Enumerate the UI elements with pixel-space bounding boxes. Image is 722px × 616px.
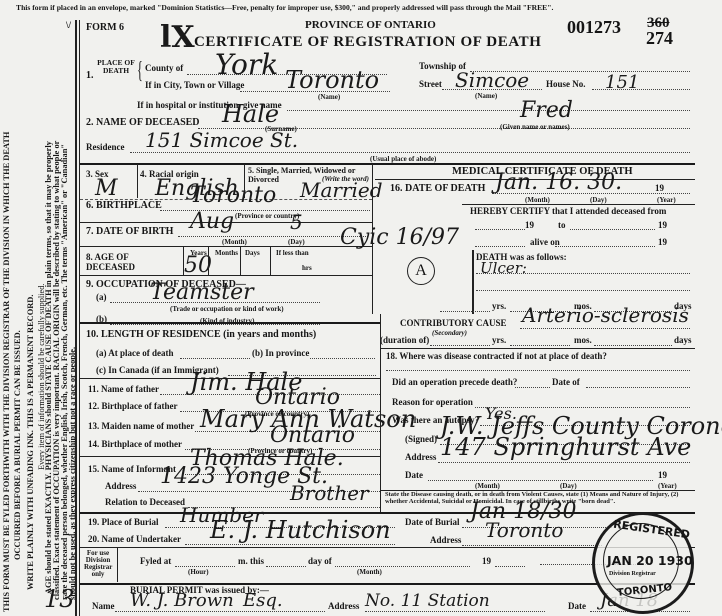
fyled-year-line <box>495 566 525 567</box>
undertaker-address-line <box>462 545 602 546</box>
alive-year-prefix: 19 <box>658 237 667 247</box>
dob-day-value[interactable]: 5 <box>290 210 303 234</box>
birthplace-value[interactable]: Toronto <box>190 183 276 208</box>
left-border <box>75 20 77 616</box>
operation-date-line <box>586 387 690 388</box>
mos2-label: mos. <box>574 335 592 345</box>
operation-label: Did an operation precede death? <box>392 377 517 387</box>
medical-divider <box>380 314 381 512</box>
permit-name-line <box>115 611 325 612</box>
undertaker-line <box>185 544 395 545</box>
stamp-date: JAN 20 1930 <box>607 553 693 568</box>
duration2-days-line <box>594 345 672 346</box>
birthplace-label: 6. BIRTHPLACE <box>86 200 162 211</box>
cell-divider <box>117 548 118 582</box>
dob-day-caption: (Day) <box>288 238 305 246</box>
day-of-label: day of <box>308 556 332 566</box>
occupation-value[interactable]: Teamster <box>150 280 254 305</box>
registration-number: 001273 <box>567 17 621 38</box>
occupation-a-caption: (Trade or occupation or kind of work) <box>170 305 284 313</box>
hour-caption: (Hour) <box>188 568 209 576</box>
side-instruction-line: OCCURRED BEFORE A BURIAL PERMIT CAN BE I… <box>13 330 23 560</box>
cause-line-2 <box>476 290 690 291</box>
permit-address-label: Address <box>328 601 359 611</box>
cause-bracket <box>472 250 474 314</box>
province-length-line <box>310 358 375 359</box>
physician-date-year: 19 <box>658 470 667 480</box>
permit-address-value[interactable]: No. 11 Station <box>365 591 490 611</box>
q18-line <box>386 370 690 371</box>
date-of-death-value[interactable]: Jan. 16. 30. <box>495 170 622 195</box>
county-label: County of <box>145 63 183 73</box>
undertaker-value[interactable]: E. J. Hutchison <box>210 516 391 544</box>
house-value[interactable]: 151 <box>605 72 639 93</box>
operation-line <box>515 387 550 388</box>
undertaker-address-label: Address <box>430 535 461 545</box>
physician-address-label: Address <box>405 452 436 462</box>
place-of-death-length-label: (a) At place of death <box>96 348 174 358</box>
undertaker-address-value[interactable]: Toronto <box>485 518 563 542</box>
dod-month-caption: (Month) <box>525 196 550 204</box>
fyled-hour-line <box>175 566 235 567</box>
age-label: 8. AGE OF DECEASED <box>86 252 166 272</box>
street-caption: (Name) <box>475 92 497 100</box>
dob-month-caption: (Month) <box>222 238 247 246</box>
row-divider <box>380 348 695 349</box>
fyled-year-prefix: 19 <box>482 556 491 566</box>
mother-birthplace-value[interactable]: Ontario <box>270 423 355 448</box>
physician-date-line <box>428 480 653 481</box>
county-value[interactable]: York <box>215 48 278 81</box>
permit-name-value[interactable]: W. J. Brown <box>130 590 234 611</box>
mail-notice: This form if placed in an envelope, mark… <box>16 3 553 12</box>
physician-address-value[interactable]: 147 Springhurst Ave <box>440 433 691 461</box>
days2-label: days <box>674 335 692 345</box>
duration-yrs-line <box>440 311 490 312</box>
residence-line <box>130 152 690 153</box>
place-of-death-label: PLACE OF DEATH <box>96 59 136 75</box>
month-caption: (Month) <box>357 568 382 576</box>
permit-name-label: Name <box>92 601 115 611</box>
yrs2-label: yrs. <box>492 335 506 345</box>
dob-label: 7. DATE OF BIRTH <box>86 226 173 237</box>
duration2-yrs-line <box>430 345 490 346</box>
province-length-label: (b) In province <box>252 348 309 358</box>
contributory-caption: (Secondary) <box>432 329 467 337</box>
row-divider <box>80 275 372 276</box>
father-birthplace-label: 12. Birthplace of father <box>88 401 177 411</box>
province-title: PROVINCE OF ONTARIO <box>305 19 436 31</box>
street-value[interactable]: Simcoe <box>455 68 529 92</box>
physician-year-caption: (Year) <box>658 482 677 490</box>
burial-place-label: 19. Place of Burial <box>88 517 159 527</box>
duration-label: (duration of) <box>380 335 429 345</box>
operation-date-label: Date of <box>552 377 580 387</box>
place-of-death-length-line <box>180 358 250 359</box>
cell-divider <box>208 247 209 275</box>
cell-divider <box>137 164 138 198</box>
side-instruction-line: WRITE PLAINLY WITH UNFADING INK. THIS IS… <box>26 295 36 590</box>
cell-divider <box>240 247 241 275</box>
father-label: 11. Name of father <box>88 384 159 394</box>
city-caption: (Name) <box>318 93 340 101</box>
cause-of-death-value[interactable]: Ulcer: <box>480 259 527 277</box>
months-label: Months <box>215 249 238 257</box>
street-label: Street <box>419 79 442 89</box>
x-mark: lX <box>160 20 195 55</box>
physician-day-caption: (Day) <box>560 482 577 490</box>
residence-length-label: 10. LENGTH OF RESIDENCE (in years and mo… <box>86 329 316 340</box>
undertaker-label: 20. Name of Undertaker <box>88 534 181 544</box>
left-border-inner <box>79 20 80 616</box>
circle-mark-icon: A <box>407 257 435 285</box>
to-year-prefix: 19 <box>658 220 667 230</box>
margin-code-annotation: Cyic 16/97 <box>340 225 459 250</box>
alive-on-line <box>555 246 655 247</box>
side-instruction-line: THIS FORM MUST BE FYLED FORTHWITH WITH T… <box>2 132 12 612</box>
to-label: to <box>558 220 566 230</box>
city-label: If in City, Town or Village <box>145 80 244 90</box>
fyled-at-label: Fyled at <box>140 556 171 566</box>
relation-value[interactable]: Brother <box>290 481 369 505</box>
informant-address-label: Address <box>105 481 136 491</box>
brace-icon: { <box>137 58 143 85</box>
contributory-line <box>520 328 690 329</box>
physician-month-caption: (Month) <box>475 482 500 490</box>
residence-caption: (Usual place of abode) <box>370 155 436 163</box>
stamp-middle-text: Division Registrar <box>609 571 656 577</box>
attended-to-line <box>570 229 655 230</box>
occupation-a-label: (a) <box>96 292 107 302</box>
contributory-cause-label: CONTRIBUTORY CAUSE <box>400 318 506 328</box>
certify-text: HEREBY CERTIFY that I attended deceased … <box>470 206 666 216</box>
q18-label: 18. Where was disease contracted if not … <box>386 351 607 361</box>
signed-label: (Signed) <box>405 434 437 444</box>
fyled-day-line <box>266 566 306 567</box>
row-divider <box>80 246 372 247</box>
registrar-use-label: For use Division Registrar only <box>84 550 112 578</box>
house-label: House No. <box>546 79 586 89</box>
relation-label: Relation to Deceased <box>105 497 185 507</box>
mother-label: 13. Maiden name of mother <box>88 421 194 431</box>
permit-name-suffix[interactable]: Esq. <box>243 590 283 611</box>
field-number: 1. <box>86 70 94 81</box>
dob-month-value[interactable]: Aug <box>190 209 234 234</box>
city-value[interactable]: Toronto <box>285 66 379 94</box>
row-divider <box>462 204 695 205</box>
permit-address-line <box>365 611 545 612</box>
section-divider <box>80 512 695 514</box>
name-label: 2. NAME OF DECEASED <box>86 117 200 128</box>
operation-reason-label: Reason for operation <box>392 397 473 407</box>
burial-date-label: Date of Burial <box>405 517 460 527</box>
attended-from-line <box>475 229 525 230</box>
m-this-label: m. this <box>238 556 264 566</box>
permit-date-label: Date <box>568 601 586 611</box>
margin-note: 13 <box>44 585 75 613</box>
alive-on-pre-line <box>475 246 525 247</box>
death-certificate: This form if placed in an envelope, mark… <box>0 0 722 616</box>
registered-stamp: REGISTERED JAN 20 1930 Division Registra… <box>592 512 694 614</box>
form-number: FORM 6 <box>86 22 124 33</box>
surname-value[interactable]: Hale <box>222 100 279 128</box>
days-label: Days <box>245 249 260 257</box>
row-divider <box>80 322 380 324</box>
hospital-line <box>287 110 690 111</box>
reference-number: 274 <box>646 28 673 49</box>
fyled-month-line <box>335 566 470 567</box>
residence-value[interactable]: 151 Simcoe St. <box>145 128 298 152</box>
residence-label: Residence <box>86 142 125 152</box>
given-name-value[interactable]: Fred <box>520 98 573 123</box>
hours-label: hrs <box>302 264 312 272</box>
from-year-prefix: 19 <box>525 220 534 230</box>
dod-year-prefix: 19 <box>655 183 664 193</box>
yrs-label: yrs. <box>492 301 506 311</box>
dod-year-caption: (Year) <box>657 196 676 204</box>
section-divider <box>80 163 695 165</box>
dod-day-caption: (Day) <box>590 196 607 204</box>
duration2-mos-line <box>510 345 570 346</box>
physician-date-label: Date <box>405 470 423 480</box>
check-mark: \/ <box>66 20 71 30</box>
less-than-label: If less than <box>276 249 309 257</box>
physician-address-line <box>438 462 690 463</box>
date-of-death-label: 16. DATE OF DEATH <box>390 183 485 194</box>
cell-divider <box>270 247 271 275</box>
mother-birthplace-label: 14. Birthplace of mother <box>88 439 182 449</box>
given-name-caption: (Given name or names) <box>500 123 570 131</box>
contributory-cause-value[interactable]: Arterio-sclerosis <box>522 303 689 327</box>
